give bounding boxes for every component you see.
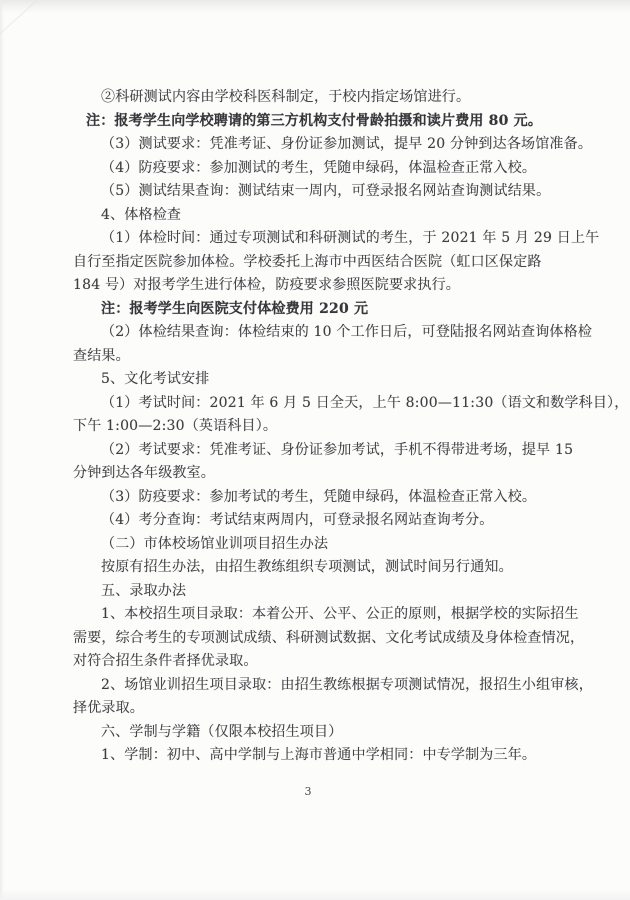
document-line: 注：报考学生向医院支付体检费用 220 元 <box>101 298 551 322</box>
document-line: 2、场馆业训招生项目录取：由招生教练根据专项测试情况，报招生小组审核， <box>101 674 551 698</box>
scan-crease-artifact <box>0 0 38 34</box>
document-page: ②科研测试内容由学校科医科制定，于校内指定场馆进行。注：报考学生向学校聘请的第三… <box>0 0 630 900</box>
document-line: 六、学制与学籍（仅限本校招生项目） <box>101 721 551 745</box>
document-line: 1、本校招生项目录取：本着公开、公平、公正的原则，根据学校的实际招生 <box>101 603 551 627</box>
document-line: （1）体检时间：通过专项测试和科研测试的考生，于 2021 年 5 月 29 日… <box>101 227 551 251</box>
document-line: 择优录取。 <box>73 697 551 721</box>
document-line: ②科研测试内容由学校科医科制定，于校内指定场馆进行。 <box>101 86 551 110</box>
document-line: （3）防疫要求：参加考试的考生，凭随申绿码，体温检查正常入校。 <box>101 486 551 510</box>
document-line: （4）考分查询：考试结束两周内，可登录报名网站查询考分。 <box>101 509 551 533</box>
scan-top-edge-artifact <box>0 0 630 14</box>
scan-left-edge-artifact <box>0 0 4 900</box>
document-line: 184 号）对报考学生进行体检，防疫要求参照医院要求执行。 <box>73 274 551 298</box>
document-line: （2）考试要求：凭准考证、身份证参加考试，手机不得带进考场，提早 15 <box>101 439 551 463</box>
document-line: （2）体检结果查询：体检结束的 10 个工作日后，可登陆报名网站查询体格检 <box>101 321 551 345</box>
document-line: 需要，综合考生的专项测试成绩、科研测试数据、文化考试成绩及身体检查情况， <box>73 627 551 651</box>
document-line: （3）测试要求：凭准考证、身份证参加测试，提早 20 分钟到达各场馆准备。 <box>101 133 551 157</box>
page-number: 3 <box>0 785 616 798</box>
document-line: 1、学制：初中、高中学制与上海市普通中学相同：中专学制为三年。 <box>101 744 551 768</box>
document-line: 查结果。 <box>73 345 551 369</box>
document-line: 五、录取办法 <box>101 580 551 604</box>
scan-bottom-edge-artifact <box>0 890 630 900</box>
document-line: 按原有招生办法，由招生教练组织专项测试，测试时间另行通知。 <box>101 556 551 580</box>
document-line: 对符合招生条件者择优录取。 <box>73 650 551 674</box>
document-line: （二）市体校场馆业训项目招生办法 <box>101 533 551 557</box>
document-line: 注：报考学生向学校聘请的第三方机构支付骨龄拍摄和读片费用 80 元。 <box>86 110 551 134</box>
document-line: （1）考试时间：2021 年 6 月 5 日全天，上午 8:00—11:30（语… <box>101 392 551 416</box>
document-line: 分钟到达各年级教室。 <box>73 462 551 486</box>
document-line: （5）测试结果查询：测试结束一周内，可登录报名网站查询测试结果。 <box>101 180 551 204</box>
document-line: 自行至指定医院参加体检。学校委托上海市中西医结合医院（虹口区保定路 <box>73 251 551 275</box>
document-line: 下午 1:00—2:30（英语科目）。 <box>73 415 551 439</box>
document-line: （4）防疫要求：参加测试的考生，凭随申绿码，体温检查正常入校。 <box>101 157 551 181</box>
document-line: 4、体格检查 <box>101 204 551 228</box>
document-body: ②科研测试内容由学校科医科制定，于校内指定场馆进行。注：报考学生向学校聘请的第三… <box>73 86 551 768</box>
document-line: 5、文化考试安排 <box>101 368 551 392</box>
